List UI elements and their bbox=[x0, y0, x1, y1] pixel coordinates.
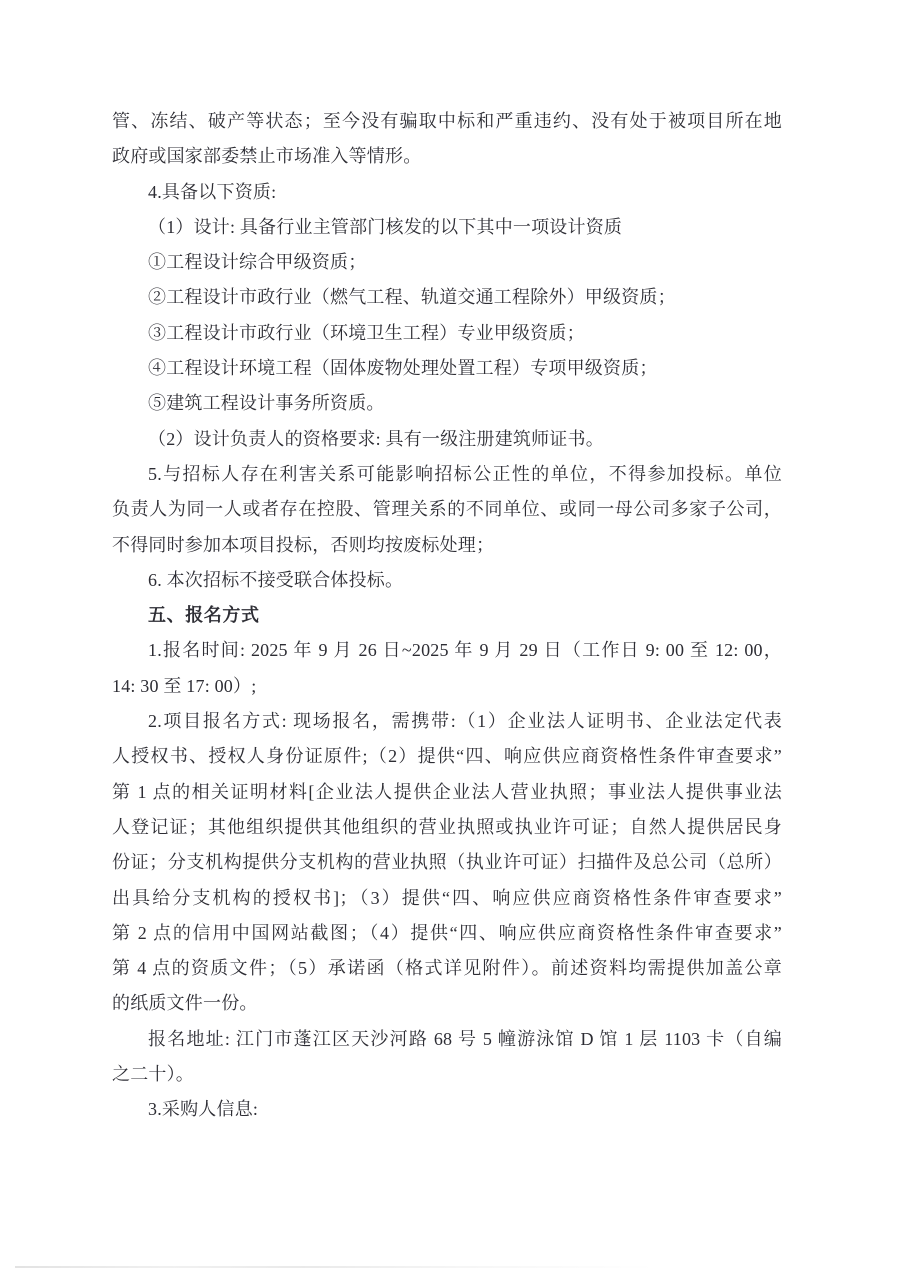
scanned-document-page: 管、冻结、破产等状态；至今没有骗取中标和严重违约、没有处于被项目所在地政府或国家… bbox=[0, 0, 900, 1273]
text-line: （2）设计负责人的资格要求: 具有一级注册建筑师证书。 bbox=[112, 422, 782, 457]
text-line: 的纸质文件一份。 bbox=[112, 986, 782, 1021]
text-line: 第 2 点的信用中国网站截图；（4）提供“四、响应供应商资格性条件审查要求” bbox=[112, 916, 782, 951]
text-line: 负责人为同一人或者存在控股、管理关系的不同单位、或同一母公司多家子公司， bbox=[112, 492, 782, 527]
text-line: 报名地址: 江门市蓬江区天沙河路 68 号 5 幢游泳馆 D 馆 1 层 110… bbox=[112, 1022, 782, 1057]
text-line: ③工程设计市政行业（环境卫生工程）专业甲级资质； bbox=[112, 316, 782, 351]
section-heading: 五、报名方式 bbox=[112, 598, 782, 633]
text-line: 第 4 点的资质文件；（5）承诺函（格式详见附件）。前述资料均需提供加盖公章 bbox=[112, 951, 782, 986]
text-line: 3.采购人信息: bbox=[112, 1092, 782, 1127]
text-line: 份证；分支机构提供分支机构的营业执照（执业许可证）扫描件及总公司（总所） bbox=[112, 845, 782, 880]
text-line: 1.报名时间: 2025 年 9 月 26 日~2025 年 9 月 29 日（… bbox=[112, 633, 782, 668]
text-line: 6. 本次招标不接受联合体投标。 bbox=[112, 563, 782, 598]
text-line: ⑤建筑工程设计事务所资质。 bbox=[112, 386, 782, 421]
text-line: 第 1 点的相关证明材料[企业法人提供企业法人营业执照；事业法人提供事业法 bbox=[112, 775, 782, 810]
text-line: 4.具备以下资质: bbox=[112, 175, 782, 210]
scan-edge-artifact bbox=[15, 1266, 655, 1268]
text-line: 之二十）。 bbox=[112, 1057, 782, 1092]
text-line: （1）设计: 具备行业主管部门核发的以下其中一项设计资质 bbox=[112, 210, 782, 245]
text-line: 2.项目报名方式: 现场报名，需携带:（1）企业法人证明书、企业法定代表 bbox=[112, 704, 782, 739]
text-line: 5.与招标人存在利害关系可能影响招标公正性的单位，不得参加投标。单位 bbox=[112, 457, 782, 492]
text-line: 政府或国家部委禁止市场准入等情形。 bbox=[112, 139, 782, 174]
text-line: 不得同时参加本项目投标，否则均按废标处理； bbox=[112, 528, 782, 563]
text-line: ④工程设计环境工程（固体废物处理处置工程）专项甲级资质； bbox=[112, 351, 782, 386]
text-line: 人登记证；其他组织提供其他组织的营业执照或执业许可证；自然人提供居民身 bbox=[112, 810, 782, 845]
text-line: ②工程设计市政行业（燃气工程、轨道交通工程除外）甲级资质； bbox=[112, 280, 782, 315]
text-line: 14: 30 至 17: 00）; bbox=[112, 669, 782, 704]
text-line: ①工程设计综合甲级资质； bbox=[112, 245, 782, 280]
text-line: 人授权书、授权人身份证原件;（2）提供“四、响应供应商资格性条件审查要求” bbox=[112, 739, 782, 774]
text-line: 管、冻结、破产等状态；至今没有骗取中标和严重违约、没有处于被项目所在地 bbox=[112, 104, 782, 139]
text-line: 出具给分支机构的授权书]；（3）提供“四、响应供应商资格性条件审查要求” bbox=[112, 881, 782, 916]
document-body: 管、冻结、破产等状态；至今没有骗取中标和严重违约、没有处于被项目所在地政府或国家… bbox=[112, 104, 782, 1128]
